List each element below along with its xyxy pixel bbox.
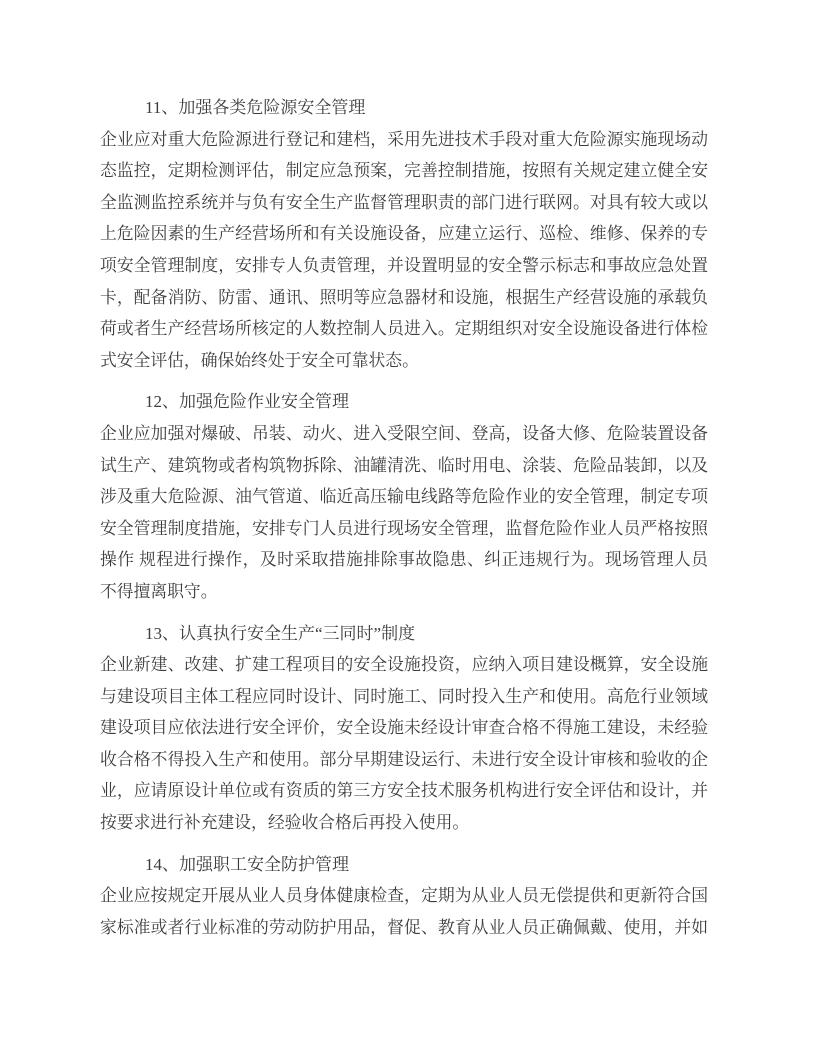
text-line: 式安全评估，确保始终处于安全可靠状态。	[100, 345, 708, 377]
document-content: 11、加强各类危险源安全管理企业应对重大危险源进行登记和建档，采用先进技术手段对…	[100, 92, 708, 943]
text-line: 荷或者生产经营场所核定的人数控制人员进入。定期组织对安全设施设备进行体检	[100, 313, 708, 345]
section-heading: 14、加强职工安全防护管理	[100, 849, 708, 881]
text-line: 业，应请原设计单位或有资质的第三方安全技术服务机构进行安全评估和设计，并	[100, 775, 708, 807]
document-page: 11、加强各类危险源安全管理企业应对重大危险源进行登记和建档，采用先进技术手段对…	[0, 0, 816, 1056]
text-line: 上危险因素的生产经营场所和有关设施设备，应建立运行、巡检、维修、保养的专	[100, 218, 708, 250]
text-line: 全监测监控系统并与负有安全生产监督管理职责的部门进行联网。对具有较大或以	[100, 187, 708, 219]
section-heading: 11、加强各类危险源安全管理	[100, 92, 708, 124]
text-line: 企业应加强对爆破、吊装、动火、进入受限空间、登高，设备大修、危险装置设备	[100, 418, 708, 450]
text-line: 家标准或者行业标准的劳动防护用品，督促、教育从业人员正确佩戴、使用，并如	[100, 912, 708, 944]
section-heading: 12、加强危险作业安全管理	[100, 386, 708, 418]
text-line: 企业应对重大危险源进行登记和建档，采用先进技术手段对重大危险源实施现场动	[100, 124, 708, 156]
text-line: 项安全管理制度，安排专人负责管理，并设置明显的安全警示标志和事故应急处置	[100, 250, 708, 282]
text-line: 企业应按规定开展从业人员身体健康检查，定期为从业人员无偿提供和更新符合国	[100, 880, 708, 912]
text-line: 态监控，定期检测评估，制定应急预案，完善控制措施，按照有关规定建立健全安	[100, 155, 708, 187]
document-section: 14、加强职工安全防护管理企业应按规定开展从业人员身体健康检查，定期为从业人员无…	[100, 849, 708, 944]
text-line: 企业新建、改建、扩建工程项目的安全设施投资，应纳入项目建设概算，安全设施	[100, 649, 708, 681]
text-line: 安全管理制度措施，安排专门人员进行现场安全管理，监督危险作业人员严格按照	[100, 513, 708, 545]
text-line: 建设项目应依法进行安全评价，安全设施未经设计审查合格不得施工建设，未经验	[100, 712, 708, 744]
document-section: 11、加强各类危险源安全管理企业应对重大危险源进行登记和建档，采用先进技术手段对…	[100, 92, 708, 376]
text-line: 涉及重大危险源、油气管道、临近高压输电线路等危险作业的安全管理，制定专项	[100, 481, 708, 513]
text-line: 试生产、建筑物或者构筑物拆除、油罐清洗、临时用电、涂装、危险品装卸，以及	[100, 450, 708, 482]
text-line: 收合格不得投入生产和使用。部分早期建设运行、未进行安全设计审核和验收的企	[100, 744, 708, 776]
document-section: 13、认真执行安全生产“三同时”制度企业新建、改建、扩建工程项目的安全设施投资，…	[100, 618, 708, 839]
text-line: 操作 规程进行操作，及时采取措施排除事故隐患、纠正违规行为。现场管理人员	[100, 544, 708, 576]
document-section: 12、加强危险作业安全管理企业应加强对爆破、吊装、动火、进入受限空间、登高，设备…	[100, 386, 708, 607]
text-line: 卡，配备消防、防雷、通讯、照明等应急器材和设施，根据生产经营设施的承载负	[100, 282, 708, 314]
text-line: 按要求进行补充建设，经验收合格后再投入使用。	[100, 807, 708, 839]
text-line: 不得擅离职守。	[100, 576, 708, 608]
section-heading: 13、认真执行安全生产“三同时”制度	[100, 618, 708, 650]
text-line: 与建设项目主体工程应同时设计、同时施工、同时投入生产和使用。高危行业领域	[100, 681, 708, 713]
